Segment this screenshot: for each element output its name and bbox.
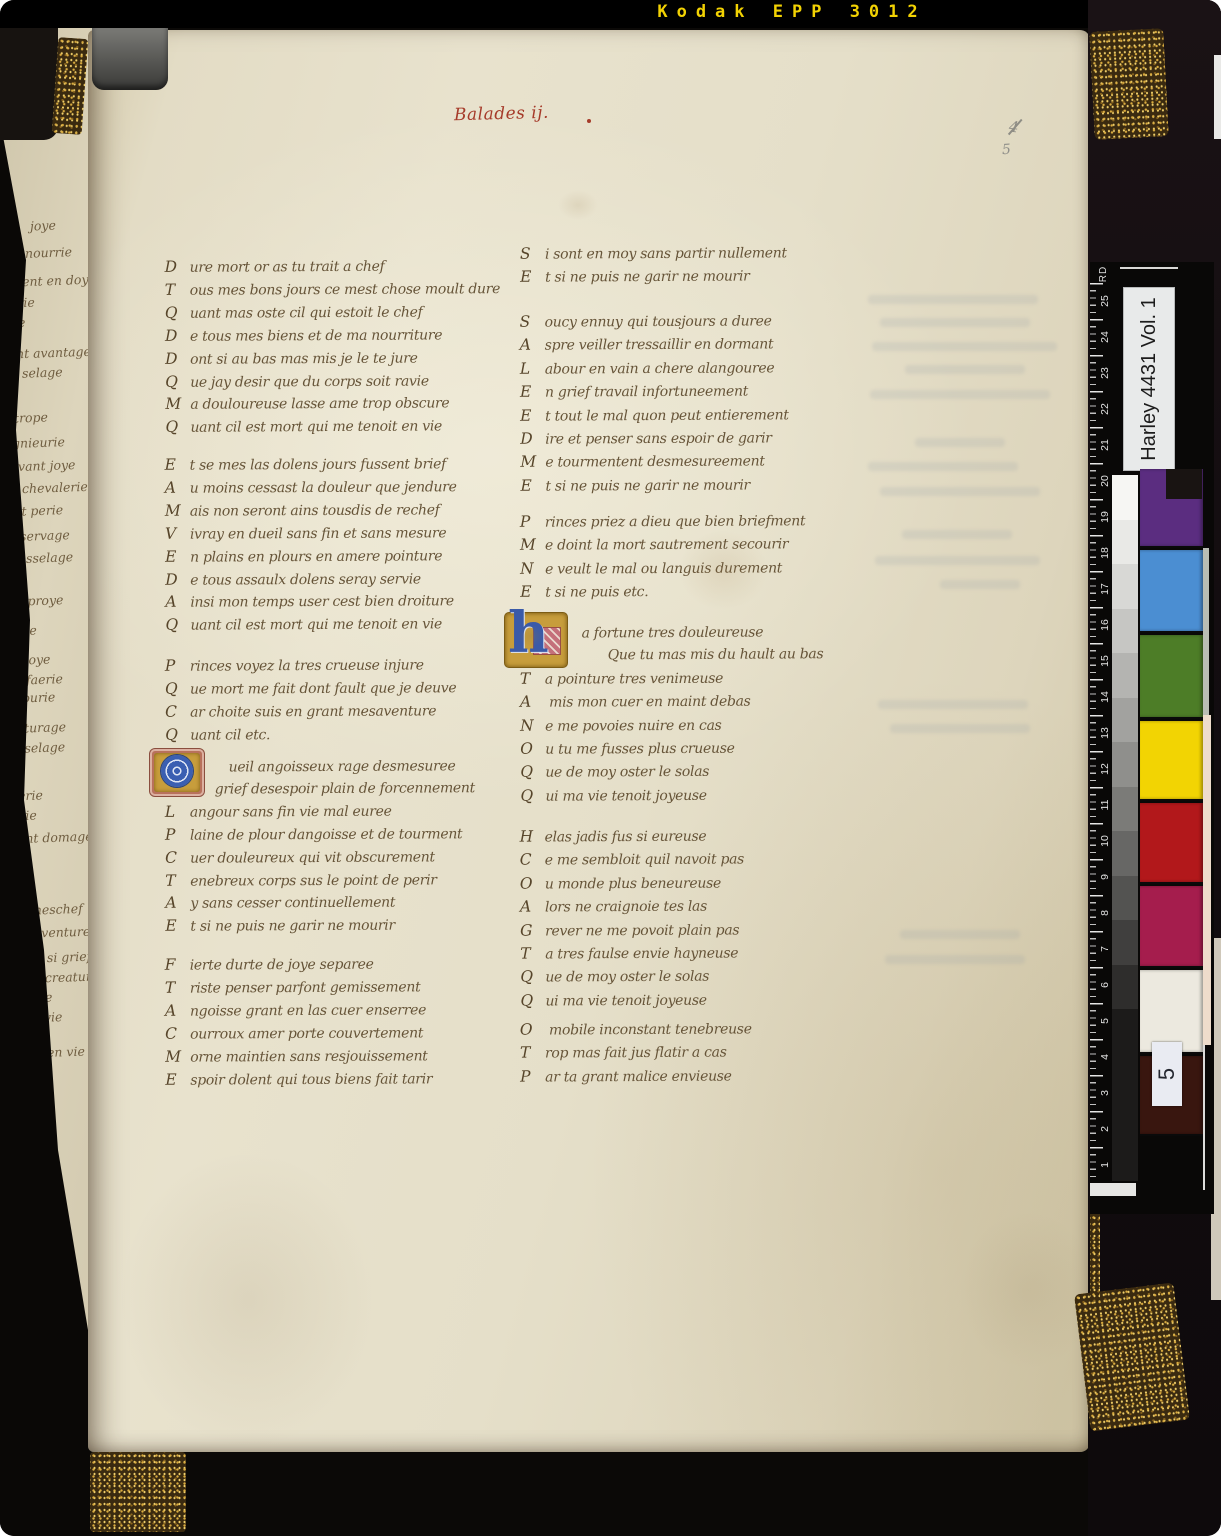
verse-line: ueil angoisseux rage desmesuree bbox=[165, 756, 475, 780]
parchment-stain bbox=[958, 1210, 1098, 1370]
verse-line: De tous assaulx dolens seray servie bbox=[165, 568, 457, 592]
grayscale-step bbox=[1112, 653, 1138, 698]
versal-letter: F bbox=[165, 955, 190, 977]
verse-line: Au moins cessast la douleur que jendure bbox=[165, 476, 457, 500]
versal-letter: T bbox=[165, 977, 190, 999]
versal-letter: Q bbox=[520, 761, 545, 784]
stanza: a fortune tres douleureuseQue tu mas mis… bbox=[520, 621, 825, 808]
verse-line: Princes voyez la tres crueuse injure bbox=[165, 654, 457, 678]
verse-text: orne maintien sans resjouissement bbox=[190, 1048, 428, 1065]
page-clamp bbox=[92, 28, 168, 90]
versal-letter: C bbox=[520, 849, 545, 872]
verse-line: Et se mes las dolens jours fussent brief bbox=[165, 453, 457, 477]
versal-letter: O bbox=[520, 872, 545, 895]
red-ink-dot bbox=[587, 119, 591, 123]
running-title: Balades ij. bbox=[454, 103, 549, 125]
verse-text: ui ma vie tenoit joyeuse bbox=[545, 992, 706, 1009]
versal-letter: A bbox=[165, 893, 190, 915]
grayscale-dark-tail bbox=[1112, 1009, 1138, 1181]
verse-line: Morne maintien sans resjouissement bbox=[165, 1045, 432, 1069]
verse-line: Helas jadis fus si eureuse bbox=[520, 824, 744, 849]
versal-letter: L bbox=[165, 801, 190, 823]
shelfmark-label: Harley 4431 Vol. 1 bbox=[1124, 288, 1174, 470]
verse-line: Ne veult le mal ou languis durement bbox=[520, 556, 806, 581]
show-through-text bbox=[905, 365, 1025, 374]
verse-text: abour en vain a chere alangouree bbox=[545, 360, 775, 377]
margin-fragment: nt avantage bbox=[16, 344, 91, 362]
show-through-text bbox=[868, 462, 1018, 471]
verse-line: Ay sans cesser continuellement bbox=[165, 892, 475, 917]
verse-line: Que de moy oster le solas bbox=[520, 965, 744, 990]
versal-letter: Q bbox=[165, 679, 190, 701]
verse-line: grief desespoir plain de forcennement bbox=[165, 778, 475, 802]
margin-fragment: gnieurie bbox=[12, 434, 65, 451]
verse-line: Et tout le mal quon peut entierement bbox=[520, 403, 789, 428]
show-through-text bbox=[880, 318, 1030, 327]
stanza: O mobile inconstant tenebreuseTrop mas f… bbox=[520, 1017, 752, 1088]
verse-line: O mobile inconstant tenebreuse bbox=[520, 1017, 752, 1042]
grayscale-step bbox=[1112, 920, 1138, 965]
verse-line: Me doint la mort sautrement secourir bbox=[520, 533, 806, 558]
verse-text: rever ne me povoit plain pas bbox=[545, 922, 739, 939]
versal-letter: E bbox=[520, 474, 545, 497]
versal-letter: O bbox=[520, 1018, 545, 1041]
verse-text: e doint la mort sautrement secourir bbox=[545, 537, 788, 554]
show-through-text bbox=[885, 955, 1025, 964]
verse-line: Soucy ennuy qui tousjours a duree bbox=[520, 309, 789, 334]
color-patch-yellow bbox=[1140, 721, 1203, 801]
verse-text: n plains en plours en amere pointure bbox=[190, 548, 442, 565]
verse-text: t tout le mal quon peut entierement bbox=[545, 407, 789, 424]
ruler-frame-line-right bbox=[1203, 1040, 1205, 1190]
verse-text: spoir dolent qui tous biens fait tarir bbox=[190, 1071, 432, 1088]
versal-letter: E bbox=[520, 581, 545, 604]
verse-text: a douloureuse lasse ame trop obscure bbox=[190, 396, 449, 413]
show-through-text bbox=[878, 700, 1028, 709]
verse-line: Et si ne puis ne garir ne mourir bbox=[520, 473, 789, 498]
verse-text: mobile inconstant tenebreuse bbox=[545, 1021, 752, 1038]
verse-text: ous mes bons jours ce mest chose moult d… bbox=[190, 281, 500, 299]
verse-line: Et si ne puis ne garir ne mourir bbox=[520, 265, 787, 290]
verse-text: uant cil etc. bbox=[190, 727, 270, 743]
verse-line: Tous mes bons jours ce mest chose moult … bbox=[165, 278, 500, 303]
folio-number-crossed: 4 bbox=[1008, 118, 1019, 137]
margin-fragment: chevalerie bbox=[22, 479, 88, 496]
verse-text: riste penser parfont gemissement bbox=[190, 979, 421, 996]
versal-letter: Q bbox=[165, 615, 190, 637]
verse-line: Ainsi mon temps user cest bien droiture bbox=[165, 591, 457, 615]
versal-letter: E bbox=[520, 266, 545, 289]
versal-letter: T bbox=[520, 667, 545, 690]
versal-letter: E bbox=[165, 1069, 190, 1091]
verse-text: e me povoies nuire en cas bbox=[545, 717, 722, 734]
versal-letter: A bbox=[520, 691, 545, 714]
show-through-text bbox=[875, 556, 1040, 565]
margin-fragment: nourrie bbox=[25, 244, 72, 261]
verse-line: Qui ma vie tenoit joyeuse bbox=[520, 988, 744, 1013]
verse-text: ais non seront ains tousdis de rechef bbox=[190, 502, 440, 519]
verse-text: uant mas oste cil qui estoit le chef bbox=[190, 304, 423, 321]
verse-text: ue de moy oster le solas bbox=[545, 969, 709, 986]
verse-text: oucy ennuy qui tousjours a duree bbox=[545, 313, 772, 330]
grayscale-step bbox=[1112, 698, 1138, 743]
show-through-text bbox=[940, 580, 1020, 589]
verse-text: ar ta grant malice envieuse bbox=[545, 1068, 732, 1085]
versal-letter: A bbox=[165, 1000, 190, 1022]
versal-letter: Q bbox=[165, 371, 190, 393]
verse-text: enebreux corps sus le point de perir bbox=[190, 872, 437, 889]
verse-text: t si ne puis ne garir ne mourir bbox=[190, 918, 395, 935]
verse-text: e tous mes biens et de ma nourriture bbox=[190, 327, 442, 344]
grayscale-step bbox=[1112, 787, 1138, 832]
verse-line: Que de moy oster le solas bbox=[520, 760, 824, 785]
verse-line: Dire et penser sans espoir de garir bbox=[520, 426, 789, 451]
versal-letter: N bbox=[520, 557, 545, 580]
show-through-text bbox=[915, 438, 1005, 447]
verse-text: t si ne puis ne garir ne mourir bbox=[545, 477, 750, 494]
versal-letter: O bbox=[520, 738, 545, 761]
ruler-number: 22 bbox=[1096, 401, 1114, 417]
verse-line: Tenebreux corps sus le point de perir bbox=[165, 869, 475, 894]
verse-text: ue jay desir que du corps soit ravie bbox=[190, 373, 429, 390]
versal-letter: Q bbox=[165, 417, 190, 439]
color-patch-magenta bbox=[1140, 886, 1203, 968]
pale-strip-2 bbox=[1203, 548, 1209, 715]
verse-line: Car choite suis en grant mesaventure bbox=[165, 700, 457, 724]
verse-line: Plaine de plour dangoisse et de tourment bbox=[165, 823, 475, 848]
verse-line: Quant cil est mort qui me tenoit en vie bbox=[165, 415, 500, 440]
verse-text: ui ma vie tenoit joyeuse bbox=[545, 788, 706, 805]
verse-text: rinces priez a dieu que bien briefment bbox=[545, 513, 806, 530]
verse-line: Et si ne puis ne garir ne mourir bbox=[165, 915, 475, 940]
parchment-stain bbox=[118, 1150, 378, 1450]
verse-line: Quant cil est mort qui me tenoit en vie bbox=[165, 614, 457, 638]
verse-text: ue mort me fait dont fault que je deuve bbox=[190, 680, 457, 697]
ruler-number: 25 bbox=[1096, 293, 1114, 309]
gilt-edge-bottom-right bbox=[1074, 1282, 1190, 1431]
verse-line: De tous mes biens et de ma nourriture bbox=[165, 324, 500, 349]
verse-line: Par ta grant malice envieuse bbox=[520, 1064, 752, 1089]
verse-line: A mis mon cuer en maint debas bbox=[520, 689, 824, 714]
ruler-number: 21 bbox=[1096, 437, 1114, 453]
verse-line: Ta pointure tres venimeuse bbox=[520, 666, 824, 691]
grayscale-step bbox=[1112, 520, 1138, 565]
verse-text: ivray en dueil sans fin et sans mesure bbox=[190, 525, 446, 542]
verse-text: elas jadis fus si eureuse bbox=[545, 829, 707, 846]
versal-letter: Q bbox=[520, 989, 545, 1012]
versal-letter: C bbox=[165, 847, 190, 869]
film-edge-highlight bbox=[1214, 55, 1221, 139]
verse-line: Qui ma vie tenoit joyeuse bbox=[520, 783, 824, 808]
grayscale-step bbox=[1112, 609, 1138, 654]
verse-text: rinces voyez la tres crueuse injure bbox=[190, 657, 424, 674]
verse-line: Fierte durte de joye separee bbox=[165, 953, 432, 977]
gilt-edge-bottom-left bbox=[90, 1452, 186, 1532]
show-through-text bbox=[902, 530, 1012, 539]
verse-line: Aspre veiller tressaillir en dormant bbox=[520, 333, 789, 358]
verse-text: ourroux amer porte couvertement bbox=[190, 1025, 423, 1042]
verse-text: e tourmentent desmesureement bbox=[545, 454, 764, 471]
ruler-frame-line-top bbox=[1120, 267, 1178, 269]
verse-line: Quant cil etc. bbox=[165, 723, 457, 747]
verse-line: Courroux amer porte couvertement bbox=[165, 1022, 432, 1046]
versal-letter: P bbox=[165, 656, 190, 678]
verse-line: Alors ne craignoie tes las bbox=[520, 895, 744, 920]
margin-fragment: joye bbox=[30, 218, 56, 234]
verse-line: Et si ne puis etc. bbox=[520, 579, 806, 604]
versal-letter: P bbox=[520, 1065, 545, 1088]
parchment-stain bbox=[558, 190, 598, 220]
grayscale-step bbox=[1112, 965, 1138, 1010]
verse-text: insi mon temps user cest bien droiture bbox=[190, 594, 454, 611]
verse-line: Ta tres faulse envie hayneuse bbox=[520, 941, 744, 966]
versal-letter: Q bbox=[520, 966, 545, 989]
ruler-end-cap bbox=[1090, 1183, 1136, 1196]
versal-letter: E bbox=[165, 455, 190, 477]
verse-text: angour sans fin vie mal euree bbox=[190, 803, 392, 820]
verse-text: e tous assaulx dolens seray servie bbox=[190, 571, 421, 588]
versal-letter: E bbox=[520, 381, 545, 404]
stanza: ueil angoisseux rage desmesureegrief des… bbox=[165, 756, 476, 939]
verse-line: Labour en vain a chere alangouree bbox=[520, 356, 789, 381]
versal-letter: M bbox=[520, 451, 545, 474]
binding-shadow-top-left bbox=[0, 28, 58, 140]
verse-text: ar choite suis en grant mesaventure bbox=[190, 703, 436, 720]
verse-line: En plains en plours en amere pointure bbox=[165, 545, 457, 569]
versal-letter: S bbox=[520, 311, 545, 334]
verse-text: t si ne puis etc. bbox=[545, 584, 648, 601]
verse-line: Princes priez a dieu que bien briefment bbox=[520, 509, 806, 534]
show-through-text bbox=[880, 487, 1040, 496]
verse-line: Langour sans fin vie mal euree bbox=[165, 800, 475, 825]
versal-letter: D bbox=[520, 428, 545, 451]
show-through-text bbox=[900, 930, 1020, 939]
verse-line: Vivray en dueil sans fin et sans mesure bbox=[165, 522, 457, 546]
stanza: Princes voyez la tres crueuse injureQue … bbox=[165, 654, 457, 747]
margin-fragment: selage bbox=[22, 364, 63, 380]
verse-text: u tu me fusses plus crueuse bbox=[545, 741, 734, 758]
manuscript-page: Balades ij. 4 5 h Dure mort or as tu tra… bbox=[88, 30, 1090, 1452]
verse-line: Quant mas oste cil qui estoit le chef bbox=[165, 301, 500, 326]
verse-line: Espoir dolent qui tous biens fait tarir bbox=[165, 1068, 432, 1092]
verse-text: uant cil est mort qui me tenoit en vie bbox=[190, 419, 442, 436]
verse-line: Dont si au bas mas mis je le te jure bbox=[165, 347, 500, 372]
versal-letter: N bbox=[520, 714, 545, 737]
margin-fragment: vant joye bbox=[18, 457, 76, 474]
verse-text: ure mort or as tu trait a chef bbox=[190, 259, 385, 276]
black-notch bbox=[1166, 469, 1202, 499]
photo-frame: joyenourriettent en doyeerierent avantag… bbox=[0, 0, 1221, 1536]
versal-letter: S bbox=[520, 243, 545, 266]
verse-text: laine de plour dangoisse et de tourment bbox=[190, 826, 462, 843]
versal-letter: Q bbox=[165, 724, 190, 746]
stanza: Dure mort or as tu trait a chefTous mes … bbox=[165, 255, 501, 440]
verse-text: e me sembloit quil navoit pas bbox=[545, 852, 744, 869]
versal-letter: M bbox=[165, 394, 190, 416]
color-patch-blue bbox=[1140, 550, 1203, 633]
show-through-text bbox=[872, 342, 1057, 351]
versal-letter: P bbox=[520, 511, 545, 534]
show-through-text bbox=[868, 295, 1038, 304]
verse-text: ont si au bas mas mis je le te jure bbox=[190, 350, 418, 367]
ruler-number: 23 bbox=[1096, 365, 1114, 381]
versal-letter: L bbox=[520, 357, 545, 380]
grayscale-step bbox=[1112, 831, 1138, 876]
versal-letter: A bbox=[165, 478, 190, 500]
verse-line: Cuer douleureux qui vit obscurement bbox=[165, 846, 475, 871]
gilt-edge-top-right bbox=[1089, 28, 1169, 140]
verse-line: Angoisse grant en las cuer enserree bbox=[165, 999, 432, 1023]
versal-letter: A bbox=[520, 334, 545, 357]
verse-line: Ou monde plus beneureuse bbox=[520, 871, 744, 896]
verse-line: Me tourmentent desmesureement bbox=[520, 450, 789, 475]
verse-text: t se mes las dolens jours fussent brief bbox=[190, 456, 447, 473]
verse-text: rop mas fait jus flatir a cas bbox=[545, 1045, 727, 1062]
verse-line: Trop mas fait jus flatir a cas bbox=[520, 1041, 752, 1066]
verse-text: a tres faulse envie hayneuse bbox=[545, 945, 738, 962]
versal-letter: A bbox=[165, 592, 190, 614]
versal-letter: M bbox=[165, 1046, 190, 1068]
verse-text: spre veiller tressaillir en dormant bbox=[545, 337, 774, 354]
verse-text: n grief travail infortuneement bbox=[545, 384, 748, 401]
grayscale-step bbox=[1112, 876, 1138, 921]
versal-letter: G bbox=[520, 919, 545, 942]
versal-letter: D bbox=[165, 348, 190, 370]
stanza: Princes priez a dieu que bien briefmentM… bbox=[520, 509, 806, 604]
verse-line: Que jay desir que du corps soit ravie bbox=[165, 370, 500, 395]
margin-fragment: servage bbox=[20, 527, 70, 544]
verse-line: Ce me sembloit quil navoit pas bbox=[520, 848, 744, 873]
versal-letter: T bbox=[165, 870, 190, 892]
verse-text: t si ne puis ne garir ne mourir bbox=[545, 269, 750, 286]
margin-fragment: trope bbox=[14, 409, 48, 425]
film-label: Kodak EPP 3012 bbox=[612, 2, 972, 22]
versal-letter: Q bbox=[165, 303, 190, 325]
plate-number-label: 5 bbox=[1152, 1042, 1182, 1106]
film-strip-top-bar: Kodak EPP 3012 bbox=[0, 0, 1221, 28]
color-patch-green bbox=[1140, 635, 1203, 719]
verse-line: Que tu mas mis du hault au bas bbox=[520, 644, 824, 668]
verse-line: En grief travail infortuneement bbox=[520, 380, 789, 405]
versal-letter: C bbox=[165, 1023, 190, 1045]
versal-letter: M bbox=[520, 534, 545, 557]
versal-letter: E bbox=[165, 546, 190, 568]
versal-letter: T bbox=[520, 942, 545, 965]
verse-line: Grever ne me povoit plain pas bbox=[520, 918, 744, 943]
verse-text: i sont en moy sans partir nullement bbox=[545, 245, 787, 262]
grayscale-step bbox=[1112, 564, 1138, 609]
show-through-text bbox=[890, 724, 1030, 733]
versal-letter: V bbox=[165, 523, 190, 545]
versal-letter: H bbox=[520, 825, 545, 848]
grayscale-step bbox=[1112, 475, 1138, 520]
versal-letter: T bbox=[520, 1042, 545, 1065]
verse-line: Si sont en moy sans partir nullement bbox=[520, 241, 787, 266]
stanza: Si sont en moy sans partir nullementEt s… bbox=[520, 241, 787, 289]
verse-line: Ne me povoies nuire en cas bbox=[520, 713, 824, 738]
versal-letter: M bbox=[165, 500, 190, 522]
grayscale-step bbox=[1112, 742, 1138, 787]
verse-text: ue de moy oster le solas bbox=[545, 764, 709, 781]
stanza: Fierte durte de joye separeeTriste pense… bbox=[165, 953, 433, 1092]
verse-text: y sans cesser continuellement bbox=[190, 895, 395, 912]
stanza: Helas jadis fus si eureuseCe me sembloit… bbox=[520, 824, 745, 1012]
verse-text: ire et penser sans espoir de garir bbox=[545, 430, 772, 447]
verse-text: u monde plus beneureuse bbox=[545, 875, 721, 892]
stanza: Et se mes las dolens jours fussent brief… bbox=[165, 453, 458, 638]
versal-letter: E bbox=[520, 404, 545, 427]
verse-line: Que mort me fait dont fault que je deuve bbox=[165, 677, 457, 701]
verse-line: Ma douloureuse lasse ame trop obscure bbox=[165, 393, 500, 418]
verse-text: uant cil est mort qui me tenoit en vie bbox=[190, 617, 442, 634]
versal-letter: Q bbox=[520, 785, 545, 808]
verse-line: Dure mort or as tu trait a chef bbox=[165, 255, 500, 280]
ruler-top-label: RD bbox=[1095, 265, 1111, 283]
verse-line: Mais non seront ains tousdis de rechef bbox=[165, 499, 457, 523]
versal-letter: E bbox=[165, 916, 190, 938]
verse-text: u moins cessast la douleur que jendure bbox=[190, 479, 457, 496]
verse-line: a fortune tres douleureuse bbox=[520, 621, 824, 645]
show-through-text bbox=[870, 390, 1050, 399]
verse-text: e veult le mal ou languis durement bbox=[545, 560, 782, 577]
verse-text: uer douleureux qui vit obscurement bbox=[190, 849, 435, 866]
verse-text: ierte durte de joye separee bbox=[190, 957, 374, 974]
ruler-number: 24 bbox=[1096, 329, 1114, 345]
versal-letter: A bbox=[520, 896, 545, 919]
verse-text: lors ne craignoie tes las bbox=[545, 899, 707, 916]
verse-line: Ou tu me fusses plus crueuse bbox=[520, 736, 824, 761]
color-patch-red bbox=[1140, 803, 1203, 884]
margin-fragment: sselage bbox=[26, 549, 74, 566]
verse-text: mis mon cuer en maint debas bbox=[545, 694, 751, 711]
versal-letter: C bbox=[165, 701, 190, 723]
folio-number: 5 bbox=[1001, 142, 1011, 159]
stanza: Soucy ennuy qui tousjours a dureeAspre v… bbox=[520, 309, 790, 498]
versal-letter: P bbox=[165, 824, 190, 846]
versal-letter: D bbox=[165, 569, 190, 591]
pale-strip-1 bbox=[1203, 715, 1211, 1045]
versal-letter: D bbox=[165, 325, 190, 347]
versal-letter: T bbox=[165, 280, 190, 302]
verse-line: Triste penser parfont gemissement bbox=[165, 976, 432, 1000]
verse-text: ngoisse grant en las cuer enserree bbox=[190, 1002, 426, 1019]
versal-letter: D bbox=[165, 257, 190, 279]
verse-text: a pointure tres venimeuse bbox=[545, 671, 723, 688]
